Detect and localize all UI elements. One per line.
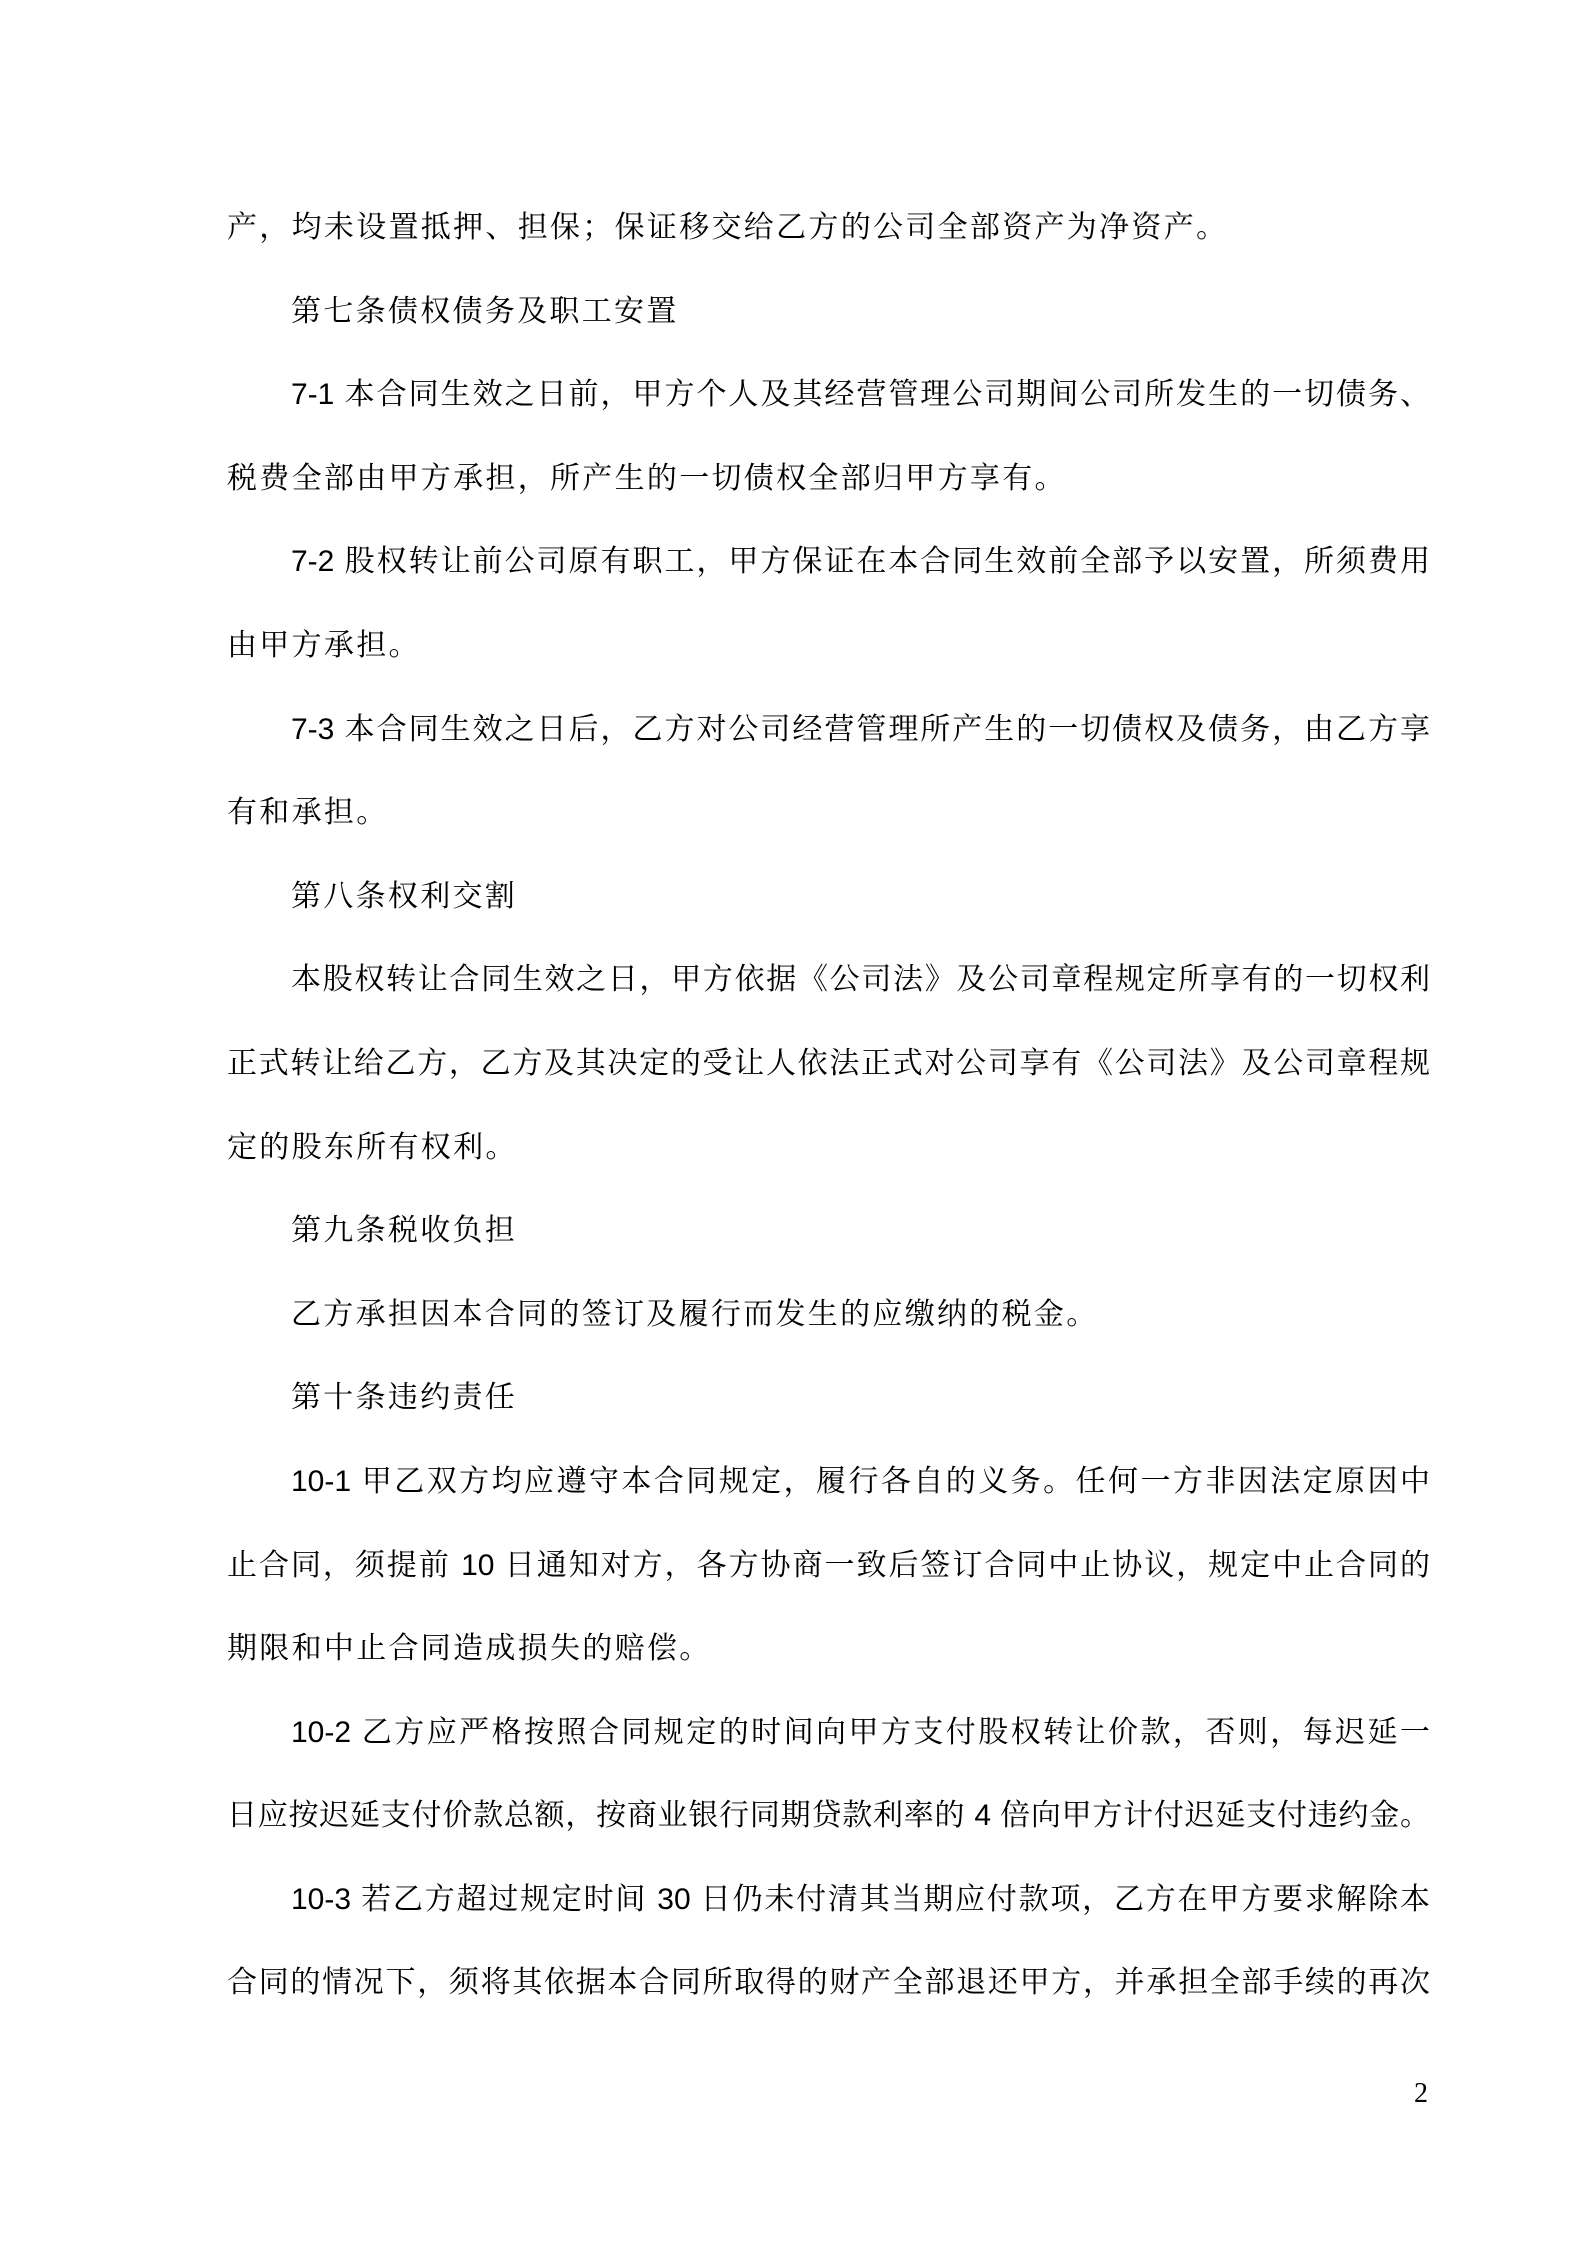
paragraph-line: 期限和中止合同造成损失的赔偿。 (227, 1607, 1430, 1691)
paragraph-line: 7-2 股权转让前公司原有职工，甲方保证在本合同生效前全部予以安置，所须费用 (227, 520, 1430, 604)
paragraph-line: 本股权转让合同生效之日，甲方依据《公司法》及公司章程规定所享有的一切权利 (227, 938, 1430, 1022)
paragraph-line: 10-1 甲乙双方均应遵守本合同规定，履行各自的义务。任何一方非因法定原因中 (227, 1440, 1430, 1524)
article-heading-line: 第七条债权债务及职工安置 (227, 270, 1430, 354)
paragraph-line: 乙方承担因本合同的签订及履行而发生的应缴纳的税金。 (227, 1273, 1430, 1357)
contract-text-block: 产，均未设置抵押、担保；保证移交给乙方的公司全部资产为净资产。 第七条债权债务及… (227, 186, 1430, 2025)
paragraph-line: 日应按迟延支付价款总额，按商业银行同期贷款利率的 4 倍向甲方计付迟延支付违约金… (227, 1774, 1430, 1858)
paragraph-line: 7-1 本合同生效之日前，甲方个人及其经营管理公司期间公司所发生的一切债务、 (227, 353, 1430, 437)
page-number: 2 (1414, 2076, 1428, 2112)
paragraph-line: 产，均未设置抵押、担保；保证移交给乙方的公司全部资产为净资产。 (227, 186, 1430, 270)
paragraph-line: 合同的情况下，须将其依据本合同所取得的财产全部退还甲方，并承担全部手续的再次 (227, 1941, 1430, 2025)
paragraph-line: 定的股东所有权利。 (227, 1106, 1430, 1190)
paragraph-line: 税费全部由甲方承担，所产生的一切债权全部归甲方享有。 (227, 437, 1430, 521)
article-heading-line: 第八条权利交割 (227, 855, 1430, 939)
paragraph-line: 由甲方承担。 (227, 604, 1430, 688)
paragraph-line: 正式转让给乙方，乙方及其决定的受让人依法正式对公司享有《公司法》及公司章程规 (227, 1022, 1430, 1106)
paragraph-line: 7-3 本合同生效之日后，乙方对公司经营管理所产生的一切债权及债务，由乙方享 (227, 688, 1430, 772)
paragraph-line: 10-3 若乙方超过规定时间 30 日仍未付清其当期应付款项，乙方在甲方要求解除… (227, 1858, 1430, 1942)
paragraph-line: 止合同，须提前 10 日通知对方，各方协商一致后签订合同中止协议，规定中止合同的 (227, 1524, 1430, 1608)
paragraph-line: 有和承担。 (227, 771, 1430, 855)
paragraph-line: 10-2 乙方应严格按照合同规定的时间向甲方支付股权转让价款，否则，每迟延一 (227, 1691, 1430, 1775)
article-heading-line: 第九条税收负担 (227, 1189, 1430, 1273)
article-heading-line: 第十条违约责任 (227, 1356, 1430, 1440)
document-page: 产，均未设置抵押、担保；保证移交给乙方的公司全部资产为净资产。 第七条债权债务及… (0, 0, 1586, 2244)
